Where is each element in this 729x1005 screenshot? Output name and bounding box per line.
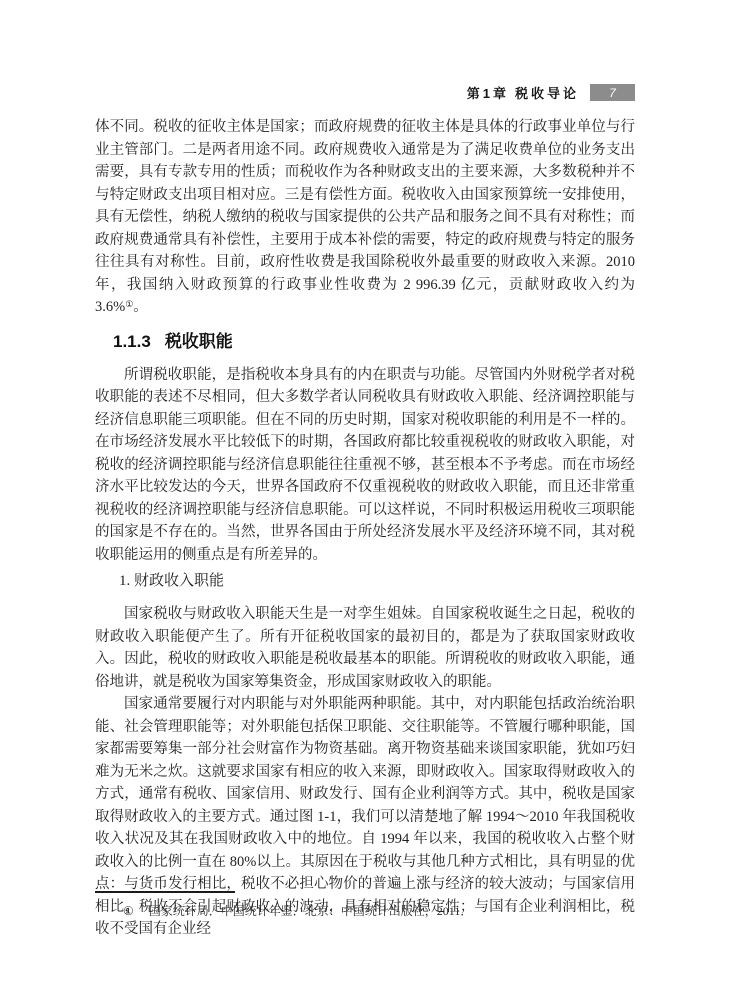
paragraph-tax-functions-intro: 所谓税收职能，是指税收本身具有的内在职责与功能。尽管国内外财税学者对税收职能的表… — [95, 364, 635, 567]
running-header: 第1章税收导论 7 — [95, 83, 635, 102]
footnote-area: ① 国家统计局．中国统计年鉴．北京：中国统计出版社，2011． — [95, 891, 635, 920]
section-heading-1-1-3: 1.1.3税收职能 — [113, 330, 635, 354]
paragraph-tail: 。 — [133, 299, 148, 315]
chapter-number: 第1章 — [467, 86, 509, 101]
section-number: 1.1.3 — [113, 332, 151, 351]
page-number-badge: 7 — [590, 84, 635, 101]
book-page: 第1章税收导论 7 体不同。税收的征收主体是国家；而政府规费的征收主体是具体的行… — [0, 0, 729, 1005]
footnote: ① 国家统计局．中国统计年鉴．北京：中国统计出版社，2011． — [95, 903, 635, 920]
page-number: 7 — [609, 86, 616, 100]
footnote-divider — [95, 891, 235, 893]
footnote-text: 国家统计局．中国统计年鉴．北京：中国统计出版社，2011． — [149, 903, 473, 920]
page-body: 体不同。税收的征收主体是国家；而政府规费的征收主体是具体的行政事业单位与行业主管… — [95, 116, 635, 941]
paragraph-continued: 体不同。税收的征收主体是国家；而政府规费的征收主体是具体的行政事业单位与行业主管… — [95, 116, 635, 319]
subsection-heading-fiscal-revenue: 1. 财政收入职能 — [119, 570, 635, 592]
paragraph-text: 体不同。税收的征收主体是国家；而政府规费的征收主体是具体的行政事业单位与行业主管… — [95, 119, 635, 315]
chapter-title: 第1章税收导论 — [467, 83, 579, 102]
section-title: 税收职能 — [165, 332, 233, 351]
footnote-marker: ① — [123, 903, 134, 920]
paragraph-fiscal-revenue-1: 国家税收与财政收入职能天生是一对孪生姐妹。自国家税收诞生之日起，税收的财政收入职… — [95, 603, 635, 693]
footnote-reference-mark: ① — [125, 299, 133, 309]
chapter-title-text: 税收导论 — [515, 86, 579, 101]
